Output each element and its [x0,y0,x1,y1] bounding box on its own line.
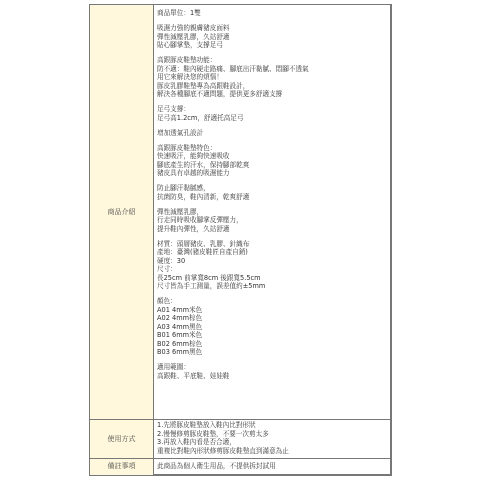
label-usage: 使用方式 [90,419,154,458]
text-line: 高跟鞋、平底鞋、娃娃鞋 [157,372,386,381]
intro-paragraph: 顏色：A01 4mm米色A02 4mm棕色A03 4mm黑色B01 6mm米色B… [157,297,386,357]
text-line: 顏色： [157,297,386,306]
label-product-intro: 商品介紹 [90,5,154,419]
text-line: B03 6mm黑色 [157,348,386,357]
text-line: 行走同時吸收腳掌反彈壓力， [157,216,386,225]
text-line: 尺寸皆為手工測量，誤差值約±5mm [157,282,386,291]
intro-paragraph: 商品單位：1雙 [157,9,386,18]
text-line: 尺寸： [157,265,386,274]
text-line: 解決各種腳底不適問題，提供更多舒適支撐 [157,90,386,99]
intro-paragraph: 增加透氣孔設計 [157,129,386,138]
product-spec-table: 商品介紹 商品單位：1雙吸濕力強的親膚豬皮面料彈性減壓乳膠，久站舒適貼心腳掌墊，… [89,4,392,476]
text-line: 足弓高1.2cm，舒適托高足弓 [157,114,386,123]
text-line: 2.慢慢修剪豚皮鞋墊，不要一次剪太多 [157,430,386,439]
label-text: 備註事項 [108,461,136,471]
text-line: 硬度：30 [157,257,386,266]
text-line: 豬皮具有卓越的吸濕能力 [157,169,386,178]
text-line: 產地：臺灣(豬皮鞋匠自產自銷) [157,248,386,257]
intro-paragraph: 高跟豚皮鞋墊功能：防不適：鞋內硬走路痛、腳底出汗黏膩、悶腳不透氣用它來解決您的煩… [157,56,386,99]
text-line: B01 6mm米色 [157,331,386,340]
text-line: 1.先將豚皮鞋墊放入鞋內比對形狀 [157,421,386,430]
text-line: B02 6mm棕色 [157,340,386,349]
text-line: 抗菌防臭，鞋內清新，乾爽舒適 [157,193,386,202]
text-line: 長25cm 前掌寬8cm 後跟寬5.5cm [157,274,386,283]
text-line: 貼心腳掌墊，支撐足弓 [157,41,386,50]
label-text: 使用方式 [108,434,136,444]
intro-paragraph: 高跟豚皮鞋墊特色：快速吸汗，能夠快速吸收腳底產生的汗水，保持腳部乾爽豬皮具有卓越… [157,144,386,178]
text-line: 快速吸汗，能夠快速吸收 [157,152,386,161]
text-line: 高跟豚皮鞋墊特色： [157,144,386,153]
intro-paragraph: 足弓支撐：足弓高1.2cm，舒適托高足弓 [157,105,386,122]
intro-paragraph: 適用範圍：高跟鞋、平底鞋、娃娃鞋 [157,363,386,380]
product-intro-content: 商品單位：1雙吸濕力強的親膚豬皮面料彈性減壓乳膠，久站舒適貼心腳掌墊，支撐足弓高… [154,5,390,419]
text-line: A03 4mm黑色 [157,323,386,332]
text-line: 3.再放入鞋內看是否合適， [157,438,386,447]
intro-paragraph: 彈性減壓乳膠，行走同時吸收腳掌反彈壓力，提升鞋內彈性，久站舒適 [157,208,386,234]
text-line: 用它來解決您的煩惱！ [157,73,386,82]
text-line: 提升鞋內彈性，久站舒適 [157,225,386,234]
text-line: 重複比對鞋內形狀修剪豚皮鞋墊直到滿意為止 [157,447,386,456]
text-line: 足弓支撐： [157,105,386,114]
text-line: 彈性減壓乳膠，久站舒適 [157,33,386,42]
intro-paragraph: 防止腳汗黏膩感，抗菌防臭，鞋內清新，乾爽舒適 [157,184,386,201]
text-line: A02 4mm棕色 [157,314,386,323]
usage-content: 1.先將豚皮鞋墊放入鞋內比對形狀2.慢慢修剪豚皮鞋墊，不要一次剪太多3.再放入鞋… [154,419,390,458]
text-line: 商品單位：1雙 [157,9,386,18]
text-line: 此商品為個人衛生用品，不提供拆封試用 [157,462,386,471]
text-line: 適用範圍： [157,363,386,372]
text-line: 吸濕力強的親膚豬皮面料 [157,24,386,33]
text-line: 防止腳汗黏膩感， [157,184,386,193]
text-line: 材質：頭層豬皮、乳膠、針織布 [157,240,386,249]
text-line: 腳底產生的汗水，保持腳部乾爽 [157,161,386,170]
text-line: 增加透氣孔設計 [157,129,386,138]
text-line: 彈性減壓乳膠， [157,208,386,217]
text-line: 豚皮乳膠鞋墊專為高跟鞋設計， [157,82,386,91]
intro-paragraph: 材質：頭層豬皮、乳膠、針織布產地：臺灣(豬皮鞋匠自產自銷)硬度：30尺寸：長25… [157,240,386,291]
notes-content: 此商品為個人衛生用品，不提供拆封試用 [154,458,390,475]
text-line: 防不適：鞋內硬走路痛、腳底出汗黏膩、悶腳不透氣 [157,65,386,74]
text-line: 高跟豚皮鞋墊功能： [157,56,386,65]
label-notes: 備註事項 [90,458,154,475]
label-text: 商品介紹 [108,207,136,217]
text-line: A01 4mm米色 [157,306,386,315]
intro-paragraph: 吸濕力強的親膚豬皮面料彈性減壓乳膠，久站舒適貼心腳掌墊，支撐足弓 [157,24,386,50]
